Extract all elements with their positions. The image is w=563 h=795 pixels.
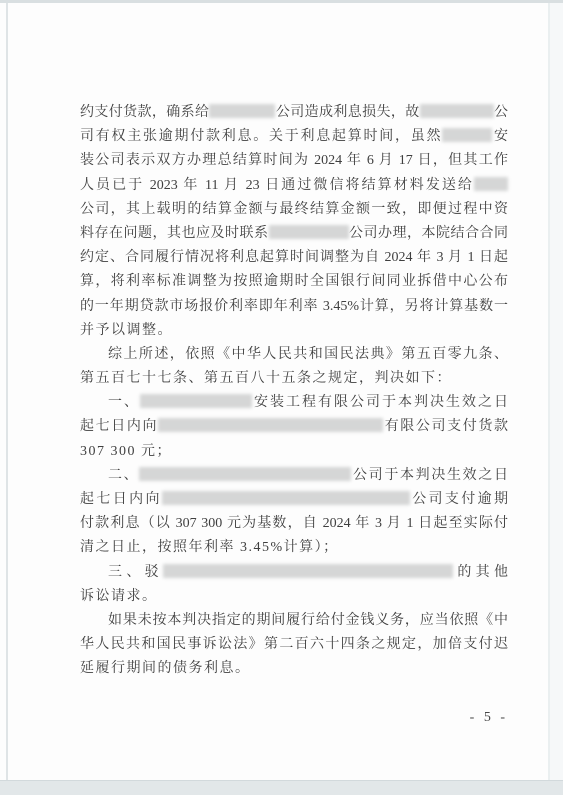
text-segment: 如果未按本判决指定的期间履行给付金钱义务，应当依照《中 [108, 613, 508, 628]
redacted-text [474, 177, 508, 191]
redacted-text [158, 418, 383, 432]
text-line: 清之日止，按照年利率 3.45%计算）； [80, 536, 508, 560]
text-line: 诉讼请求。 [80, 585, 508, 609]
text-line: 并予以调整。 [80, 319, 508, 343]
scan-edge-bottom [0, 780, 563, 795]
text-line: 司有权主张逾期付款利息。关于利息起算时间，虽然安 [80, 125, 508, 149]
text-line: 华人民共和国民事诉讼法》第二百六十四条之规定，加倍支付迟 [80, 633, 508, 657]
scanned-judgment-page: 约支付货款，确系给公司造成利息损失，故公司有权主张逾期付款利息。关于利息起算时间… [0, 0, 563, 795]
redacted-text [139, 467, 351, 481]
text-line: 约定、合同履行情况将利息起算时间调整为自 2024 年 3 月 1 日起 [80, 246, 508, 270]
text-line: 起七日内向公司支付逾期 [80, 488, 508, 512]
text-segment: 华人民共和国民事诉讼法》第二百六十四条之规定，加倍支付迟 [80, 637, 508, 652]
text-line: 307 300 元； [80, 440, 508, 464]
text-segment: 二、 [108, 468, 139, 483]
text-segment: 一、 [108, 395, 140, 410]
text-line: 付款利息（以 307 300 元为基数，自 2024 年 3 月 1 日起至实际… [80, 512, 508, 536]
scan-edge-top [0, 0, 563, 3]
judgment-text-block: 约支付货款，确系给公司造成利息损失，故公司有权主张逾期付款利息。关于利息起算时间… [80, 101, 508, 682]
redacted-text [209, 104, 275, 118]
text-segment: 付款利息（以 307 300 元为基数，自 2024 年 3 月 1 日起至实际… [80, 516, 508, 531]
text-segment: 安 [492, 129, 508, 144]
redacted-text [163, 564, 453, 578]
redacted-text [140, 394, 252, 408]
text-segment: 公司于本判决生效之日 [351, 468, 508, 483]
text-segment: 公司支付逾期 [410, 492, 508, 507]
text-segment: 公 [494, 105, 508, 120]
text-line: 装公司表示双方办理总结算时间为 2024 年 6 月 17 日，但其工作 [80, 149, 508, 173]
text-segment: 算，将利率标准调整为按照逾期时全国银行间同业拆借中心公布 [80, 274, 508, 289]
redacted-text [269, 225, 349, 239]
text-segment: 起七日内向 [80, 419, 158, 434]
text-segment: 的一年期贷款市场报价利率即年利率 3.45%计算，另将计算基数一 [80, 299, 508, 314]
text-segment: 清之日止，按照年利率 3.45%计算）； [80, 540, 339, 555]
text-segment: 约定、合同履行情况将利息起算时间调整为自 2024 年 3 月 1 日起 [80, 250, 508, 265]
text-segment: 安装工程有限公司于本判决生效之日 [252, 395, 508, 410]
text-segment: 人员已于 2023 年 11 月 23 日通过微信将结算材料发送给 [80, 178, 474, 193]
text-segment: 公司，其上载明的结算金额与最终结算金额一致，即便过程中资 [80, 202, 508, 217]
text-segment: 起七日内向 [80, 492, 162, 507]
redacted-text [442, 128, 492, 142]
page-number: - 5 - [80, 710, 508, 726]
text-line: 算，将利率标准调整为按照逾期时全国银行间同业拆借中心公布 [80, 270, 508, 294]
text-line: 二、公司于本判决生效之日 [80, 464, 508, 488]
redacted-text [420, 104, 494, 118]
text-line: 公司，其上载明的结算金额与最终结算金额一致，即便过程中资 [80, 198, 508, 222]
text-segment: 公司造成利息损失，故 [275, 105, 419, 120]
text-segment: 公司办理，本院结合合同 [349, 226, 509, 241]
text-segment: 司有权主张逾期付款利息。关于利息起算时间，虽然 [80, 129, 442, 144]
text-segment: 料存在问题，其也应及时联系 [80, 226, 269, 241]
text-segment: 综上所述，依照《中华人民共和国民法典》第五百零九条、 [108, 347, 508, 362]
text-line: 第五百七十七条、第五百八十五条之规定，判决如下： [80, 367, 508, 391]
text-segment: 诉讼请求。 [80, 589, 158, 604]
scan-edge-left [6, 3, 8, 781]
text-line: 的一年期贷款市场报价利率即年利率 3.45%计算，另将计算基数一 [80, 295, 508, 319]
scan-edge-right [548, 3, 550, 781]
text-segment: 307 300 元； [80, 444, 172, 459]
scan-edge-right-margin [550, 3, 563, 781]
text-line: 料存在问题，其也应及时联系公司办理，本院结合合同 [80, 222, 508, 246]
text-line: 三、驳的其他 [80, 561, 508, 585]
text-segment: 第五百七十七条、第五百八十五条之规定，判决如下： [80, 371, 452, 386]
text-line: 延履行期间的债务利息。 [80, 657, 508, 681]
text-segment: 装公司表示双方办理总结算时间为 2024 年 6 月 17 日，但其工作 [80, 153, 508, 168]
text-line: 起七日内向有限公司支付货款 [80, 415, 508, 439]
text-line: 约支付货款，确系给公司造成利息损失，故公 [80, 101, 508, 125]
text-segment: 约支付货款，确系给 [80, 105, 209, 120]
text-line: 人员已于 2023 年 11 月 23 日通过微信将结算材料发送给 [80, 174, 508, 198]
text-segment: 有限公司支付货款 [383, 419, 508, 434]
text-segment: 的其他 [453, 565, 508, 580]
text-line: 如果未按本判决指定的期间履行给付金钱义务，应当依照《中 [80, 609, 508, 633]
text-segment: 延履行期间的债务利息。 [80, 661, 251, 676]
text-line: 一、安装工程有限公司于本判决生效之日 [80, 391, 508, 415]
text-segment: 并予以调整。 [80, 323, 173, 338]
redacted-text [162, 491, 410, 505]
text-line: 综上所述，依照《中华人民共和国民法典》第五百零九条、 [80, 343, 508, 367]
text-segment: 三、驳 [108, 565, 163, 580]
